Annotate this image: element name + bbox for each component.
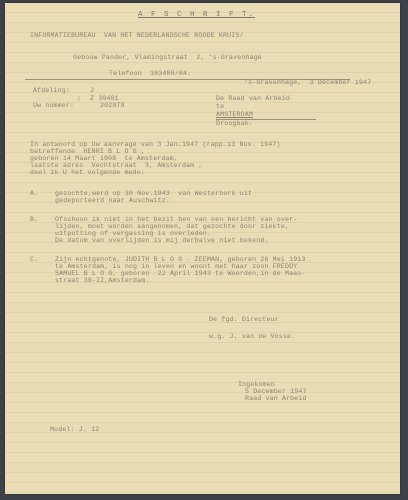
signature-name: w.g. J. van de Vosse. [209,333,295,340]
document-page: A F S C H R I F T. INFORMATIEBUREAU VAN … [5,3,400,494]
letterhead-phone: Telefoon 183480/84. [109,70,191,77]
item-line: De datum van overlijden is mij derhalve … [55,237,269,244]
afdeling-label: Afdeling: [33,87,70,94]
intro-line: deel ik U het volgende mede: [30,169,145,176]
uw-nummer-value: 202979 [100,102,125,109]
document-title: A F S C H R I F T. [138,12,255,19]
letterhead-organization: INFORMATIEBUREAU VAN HET NEDERLANDSCHE R… [30,32,244,39]
reference-colon: : [77,95,81,102]
signature-title: De fgd. Directeur [209,316,279,323]
addressee-line-2: te [216,103,224,110]
addressee-line-4: Droogbak. [216,120,253,127]
item-marker: C. [30,256,38,263]
item-marker: A. [30,190,38,197]
letterhead-address: Gebouw Pander, Vlamingstraat 2, 's-Grave… [73,54,262,61]
model-number: Model: J. 12 [50,426,99,433]
uw-nummer-label: Uw nummer: [33,102,74,109]
item-line: straat 38-II,Amsterdam. [55,277,149,284]
place-date: 's-Gravenhage, 3 December 1947 [244,79,371,86]
item-marker: B. [30,216,38,223]
item-line: gedeporteerd naar Auschwitz. [55,197,170,204]
received-stamp-line-3: Raad van Arbeid [245,395,307,402]
addressee-city: AMSTERDAM [216,111,253,118]
addressee-line-1: De Raad van Arbeid [216,95,290,102]
afdeling-value: J [90,87,94,94]
